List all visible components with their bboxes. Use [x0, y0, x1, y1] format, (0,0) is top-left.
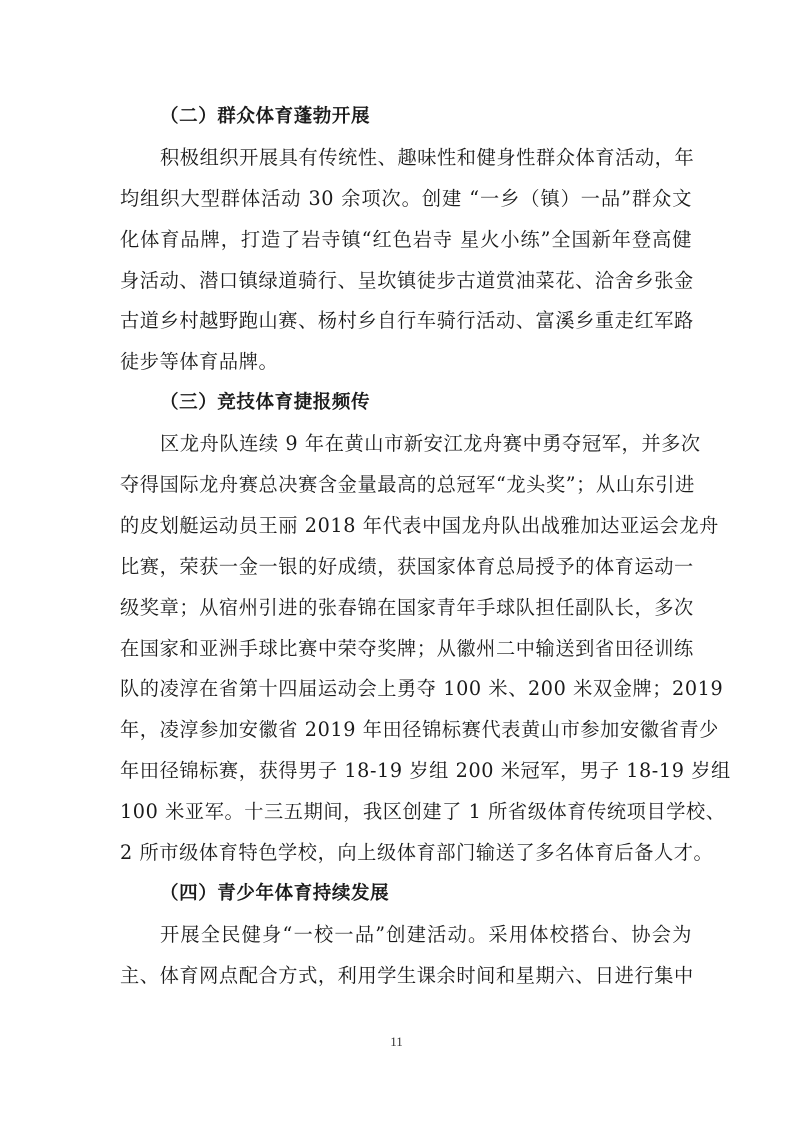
paragraph-line: 均组织大型群体活动 30 余项次。创建 “一乡（镇）一品”群众文 [120, 179, 692, 220]
paragraph-line: 夺得国际龙舟赛总决赛含金量最高的总冠军“龙头奖”；从山东引进 [120, 465, 692, 506]
paragraph-line: 的皮划艇运动员王丽 2018 年代表中国龙舟队出战雅加达亚运会龙舟 [120, 506, 692, 547]
document-page: （二）群众体育蓬勃开展 积极组织开展具有传统性、趣味性和健身性群众体育活动，年 … [120, 97, 692, 997]
paragraph-line: 2 所市级体育特色学校，向上级体育部门输送了多名体育后备人才。 [120, 833, 692, 874]
section-heading-mass-sports: （二）群众体育蓬勃开展 [120, 97, 692, 138]
paragraph-line: 100 米亚军。十三五期间，我区创建了 1 所省级体育传统项目学校、 [120, 792, 692, 833]
paragraph-line: 化体育品牌，打造了岩寺镇“红色岩寺 星火小练”全国新年登高健 [120, 220, 692, 261]
paragraph-line: 古道乡村越野跑山赛、杨村乡自行车骑行活动、富溪乡重走红军路 [120, 301, 692, 342]
section-heading-competitive-sports: （三）竞技体育捷报频传 [120, 383, 692, 424]
section-heading-youth-sports: （四）青少年体育持续发展 [120, 874, 692, 915]
paragraph-line: 开展全民健身“一校一品”创建活动。采用体校搭台、协会为 [120, 915, 692, 956]
paragraph-line: 比赛，荣获一金一银的好成绩，获国家体育总局授予的体育运动一 [120, 547, 692, 588]
paragraph-line: 身活动、潜口镇绿道骑行、呈坎镇徒步古道赏油菜花、洽舍乡张金 [120, 261, 692, 302]
paragraph-line: 徒步等体育品牌。 [120, 342, 692, 383]
paragraph-line: 积极组织开展具有传统性、趣味性和健身性群众体育活动，年 [120, 138, 692, 179]
page-number: 11 [0, 1034, 793, 1050]
paragraph-line: 队的凌淳在省第十四届运动会上勇夺 100 米、200 米双金牌；2019 [120, 669, 692, 710]
paragraph-line: 年，凌淳参加安徽省 2019 年田径锦标赛代表黄山市参加安徽省青少 [120, 710, 692, 751]
paragraph-line: 级奖章；从宿州引进的张春锦在国家青年手球队担任副队长，多次 [120, 588, 692, 629]
paragraph-line: 区龙舟队连续 9 年在黄山市新安江龙舟赛中勇夺冠军，并多次 [120, 424, 692, 465]
paragraph-line: 在国家和亚洲手球比赛中荣夺奖牌；从徽州二中输送到省田径训练 [120, 629, 692, 670]
paragraph-line: 主、体育网点配合方式，利用学生课余时间和星期六、日进行集中 [120, 956, 692, 997]
paragraph-line: 年田径锦标赛，获得男子 18-19 岁组 200 米冠军，男子 18-19 岁组 [120, 751, 692, 792]
